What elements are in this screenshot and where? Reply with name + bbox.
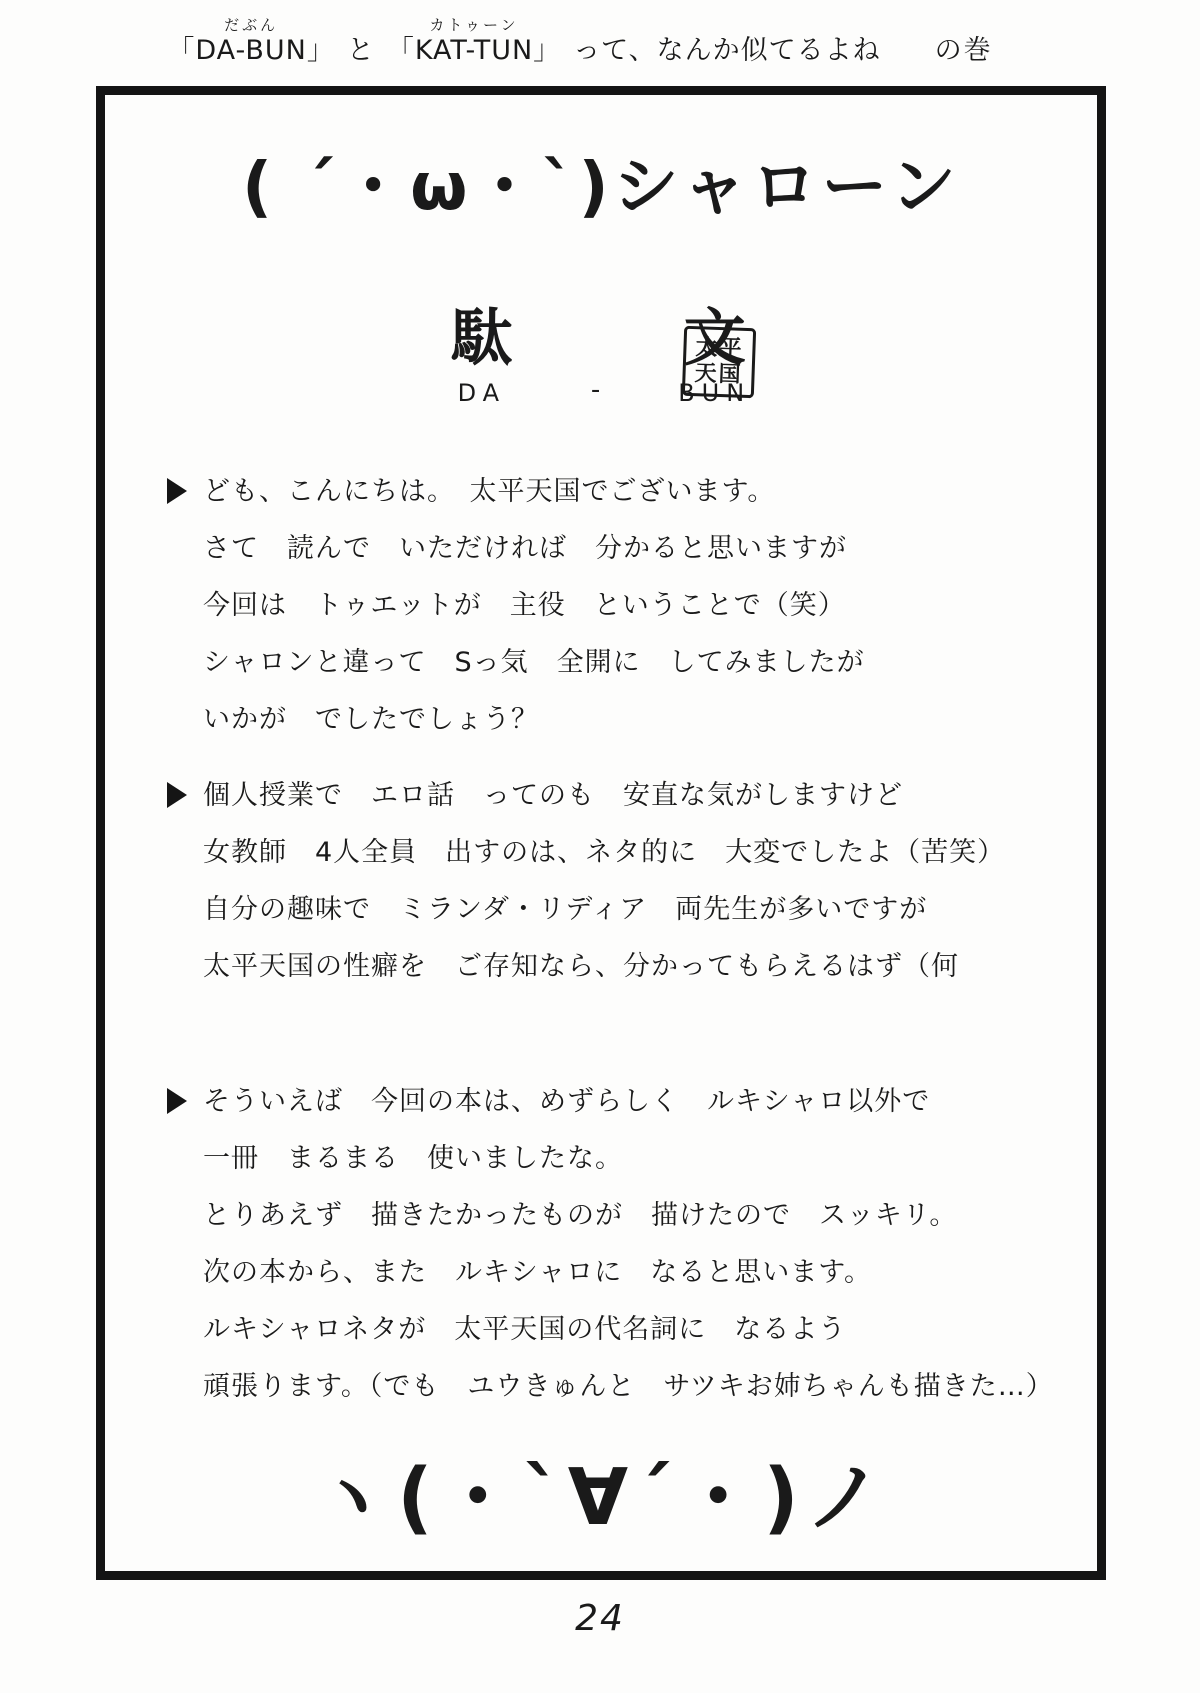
scanned-page: だぶん 「DA-BUN」 と カトゥーン 「KAT-TUN」 って、なんか似てる… <box>0 0 1200 1693</box>
bullet-triangle-icon <box>167 1088 187 1114</box>
header-note: だぶん 「DA-BUN」 と カトゥーン 「KAT-TUN」 って、なんか似てる… <box>140 16 1020 68</box>
text-line: とりあえず 描きたかったものが 描けたので スッキリ。 <box>203 1187 1054 1244</box>
title-emoticon: ( ´・ω・`)シャローン <box>105 133 1097 228</box>
header-connector: と <box>347 34 375 68</box>
footer-emoticon: ヽ(・`∀´・)ノ <box>105 1435 1097 1547</box>
paragraph-2: 個人授業で エロ話 ってのも 安直な気がしますけど 女教師 4人全員 出すのは、… <box>167 767 1005 995</box>
header-word-dabun-base: 「DA-BUN」 <box>167 34 334 68</box>
bullet-triangle-icon <box>167 782 187 808</box>
subtitle-col-da: 駄 DA <box>451 303 513 409</box>
subtitle-hyphen: - <box>591 373 600 409</box>
text-line: 女教師 4人全員 出すのは、ネタ的に 大変でしたよ（苦笑） <box>203 824 1005 881</box>
furigana-kattun: カトゥーン <box>429 16 518 34</box>
text-line: 太平天国の性癖を ご存知なら、分かってもらえるはず（何 <box>203 938 1005 995</box>
header-word-kattun: カトゥーン 「KAT-TUN」 <box>387 16 561 68</box>
text-line: 一冊 まるまる 使いましたな。 <box>203 1130 1054 1187</box>
header-suffix: の巻 <box>935 34 993 68</box>
author-seal: 太平 天国 <box>682 326 756 398</box>
page-number: 24 <box>0 1598 1200 1639</box>
paragraph-3-lines: そういえば 今回の本は、めずらしく ルキシャロ以外で 一冊 まるまる 使いました… <box>203 1073 1054 1415</box>
bullet-triangle-icon <box>167 478 187 504</box>
text-line: さて 読んで いただければ 分かると思いますが <box>203 520 865 577</box>
text-line: 自分の趣味で ミランダ・リディア 両先生が多いですが <box>203 881 1005 938</box>
seal-line-2: 天国 <box>694 361 743 389</box>
subtitle-kanji-da: 駄 <box>451 303 513 373</box>
header-word-dabun: だぶん 「DA-BUN」 <box>167 16 334 68</box>
page-frame: ( ´・ω・`)シャローン 駄 DA - 文 BUN 太平 天国 <box>96 86 1106 1580</box>
text-line: 個人授業で エロ話 ってのも 安直な気がしますけど <box>203 767 1005 824</box>
text-line: ルキシャロネタが 太平天国の代名詞に なるよう <box>203 1301 1054 1358</box>
text-line: 今回は トゥエットが 主役 ということで（笑） <box>203 577 865 634</box>
text-line: シャロンと違って Sっ気 全開に してみましたが <box>203 634 865 691</box>
text-line: そういえば 今回の本は、めずらしく ルキシャロ以外で <box>203 1073 1054 1130</box>
subtitle-romaji-da: DA <box>458 377 506 409</box>
text-line: ども、こんにちは。 太平天国でございます。 <box>203 463 865 520</box>
paragraph-3: そういえば 今回の本は、めずらしく ルキシャロ以外で 一冊 まるまる 使いました… <box>167 1073 1054 1415</box>
text-line: 次の本から、また ルキシャロに なると思います。 <box>203 1244 1054 1301</box>
subtitle-col-hyphen: - <box>591 373 600 409</box>
subtitle-block: 駄 DA - 文 BUN <box>105 303 1097 409</box>
furigana-dabun: だぶん <box>224 16 278 34</box>
text-line: いかが でしたでしょう？ <box>203 691 865 748</box>
text-line: 頑張ります。（でも ユウきゅんと サツキお姉ちゃんも描きた…） <box>203 1358 1054 1415</box>
seal-line-1: 太平 <box>695 335 744 363</box>
paragraph-1-lines: ども、こんにちは。 太平天国でございます。 さて 読んで いただければ 分かると… <box>203 463 865 748</box>
paragraph-1: ども、こんにちは。 太平天国でございます。 さて 読んで いただければ 分かると… <box>167 463 865 748</box>
header-tail-text: って、なんか似てるよね <box>573 34 880 68</box>
header-word-kattun-base: 「KAT-TUN」 <box>387 34 561 68</box>
paragraph-2-lines: 個人授業で エロ話 ってのも 安直な気がしますけど 女教師 4人全員 出すのは、… <box>203 767 1005 995</box>
